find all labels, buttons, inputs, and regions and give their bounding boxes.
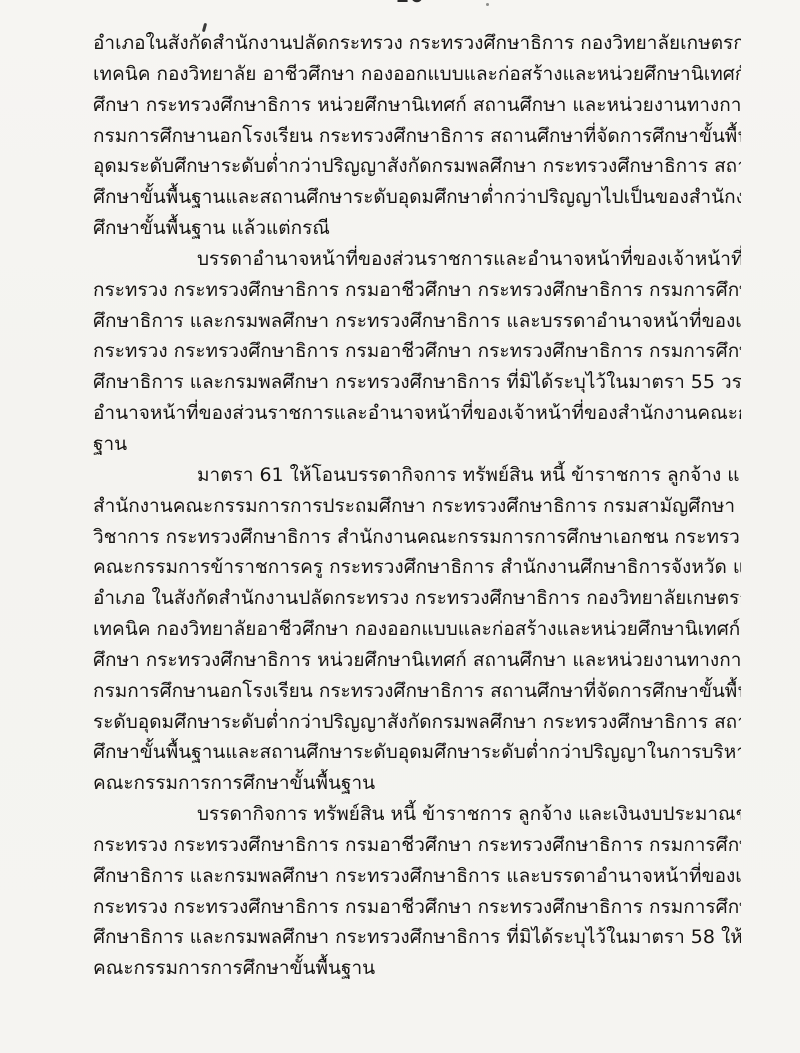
text-line: มาตรา 61 ให้โอนบรรดากิจการ ทรัพย์สิน หนี… (93, 460, 741, 491)
text-line: อำนาจหน้าที่ของส่วนราชการและอำนาจหน้าที่… (93, 398, 741, 429)
text-line: กระทรวง กระทรวงศึกษาธิการ กรมอาชีวศึกษา … (93, 275, 741, 306)
text-line: ศึกษาธิการ และกรมพลศึกษา กระทรวงศึกษาธิก… (93, 861, 741, 892)
scan-dot-artifact (486, 3, 489, 6)
text-line: ศึกษาขั้นพื้นฐาน แล้วแต่กรณี (93, 213, 741, 244)
text-line: ศึกษา กระทรวงศึกษาธิการ หน่วยศึกษานิเทศก… (93, 645, 741, 676)
text-line: ศึกษาขั้นพื้นฐานและสถานศึกษาระดับอุดมศึก… (93, 182, 741, 213)
text-line: กรมการศึกษานอกโรงเรียน กระทรวงศึกษาธิการ… (93, 121, 741, 152)
text-line: คณะกรรมการการศึกษาขั้นพื้นฐาน (93, 953, 741, 984)
text-line: ฐาน (93, 429, 741, 460)
text-line: กระทรวง กระทรวงศึกษาธิการ กรมอาชีวศึกษา … (93, 892, 741, 923)
text-line: อุดมระดับศึกษาระดับต่ำกว่าปริญญาสังกัดกร… (93, 151, 741, 182)
scanned-document-page: 20 อำเภอในสังกัดสำนักงานปลัดกระทรวง กระท… (0, 0, 800, 1053)
text-line: บรรดาอำนาจหน้าที่ของส่วนราชการและอำนาจหน… (93, 244, 741, 275)
text-line: กระทรวง กระทรวงศึกษาธิการ กรมอาชีวศึกษา … (93, 336, 741, 367)
text-line: บรรดากิจการ ทรัพย์สิน หนี้ ข้าราชการ ลูก… (93, 799, 741, 830)
page-number: 20 (396, 0, 436, 7)
text-line: อำเภอในสังกัดสำนักงานปลัดกระทรวง กระทรวง… (93, 28, 741, 59)
text-line: เทคนิค กองวิทยาลัยอาชีวศึกษา กองออกแบบแล… (93, 614, 741, 645)
text-line: กรมการศึกษานอกโรงเรียน กระทรวงศึกษาธิการ… (93, 676, 741, 707)
text-line: คณะกรรมการข้าราชการครู กระทรวงศึกษาธิการ… (93, 552, 741, 583)
text-line: เทคนิค กองวิทยาลัย อาชีวศึกษา กองออกแบบแ… (93, 59, 741, 90)
text-line: คณะกรรมการการศึกษาขั้นพื้นฐาน (93, 768, 741, 799)
document-body: อำเภอในสังกัดสำนักงานปลัดกระทรวง กระทรวง… (93, 28, 741, 984)
text-line: ศึกษาธิการ และกรมพลศึกษา กระทรวงศึกษาธิก… (93, 367, 741, 398)
text-line: ศึกษาขั้นพื้นฐานและสถานศึกษาระดับอุดมศึก… (93, 737, 741, 768)
text-line: อำเภอ ในสังกัดสำนักงานปลัดกระทรวง กระทรว… (93, 583, 741, 614)
text-line: ศึกษาธิการ และกรมพลศึกษา กระทรวงศึกษาธิก… (93, 922, 741, 953)
text-line: ศึกษาธิการ และกรมพลศึกษา กระทรวงศึกษาธิก… (93, 306, 741, 337)
text-line: สำนักงานคณะกรรมการการประถมศึกษา กระทรวงศ… (93, 491, 741, 522)
text-line: กระทรวง กระทรวงศึกษาธิการ กรมอาชีวศึกษา … (93, 830, 741, 861)
text-line: วิชาการ กระทรวงศึกษาธิการ สำนักงานคณะกรร… (93, 522, 741, 553)
text-line: ระดับอุดมศึกษาระดับต่ำกว่าปริญญาสังกัดกร… (93, 707, 741, 738)
text-line: ศึกษา กระทรวงศึกษาธิการ หน่วยศึกษานิเทศก… (93, 90, 741, 121)
